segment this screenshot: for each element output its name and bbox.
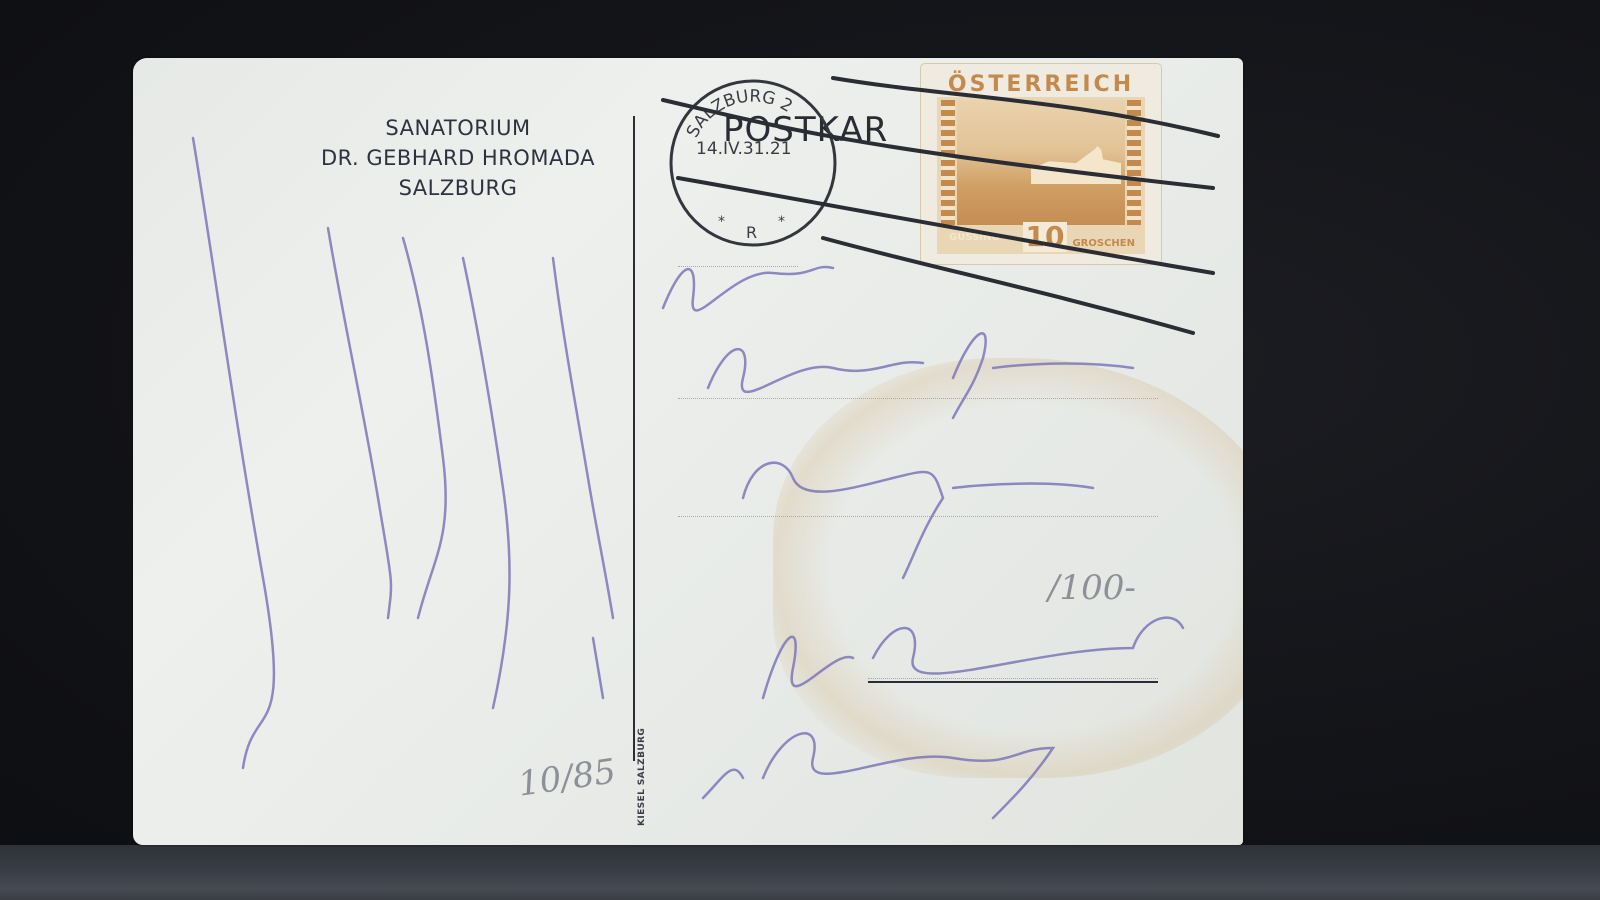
castle-icon <box>1031 146 1121 184</box>
postage-stamp: ÖSTERREICH GÜSSING 10 GROSCHEN <box>921 64 1161 264</box>
stamp-castle-image <box>957 100 1125 225</box>
stamp-value: 10 <box>1023 222 1067 252</box>
sender-header: SANATORIUM DR. GEBHARD HROMADA SALZBURG <box>308 113 608 203</box>
underline-rule <box>868 681 1158 683</box>
address-line <box>678 266 798 267</box>
postmark-code: R <box>746 223 757 242</box>
stamp-place: GÜSSING <box>949 232 1000 243</box>
address-line <box>678 516 1158 517</box>
publisher-imprint: KIESEL SALZBURG <box>637 716 647 826</box>
header-line-2: DR. GEBHARD HROMADA <box>308 143 608 173</box>
stamp-border-ornament <box>941 100 955 225</box>
stamp-denomination: GROSCHEN <box>1072 238 1135 249</box>
address-line <box>868 678 1158 679</box>
stamp-country: ÖSTERREICH <box>937 72 1145 97</box>
stamp-border-ornament <box>1127 100 1141 225</box>
postkarte-label: POSTKAR <box>723 110 888 150</box>
pencil-price-note: /100- <box>1048 568 1136 608</box>
pencil-catalog-note: 10/85 <box>516 751 619 804</box>
water-stain <box>773 358 1243 778</box>
svg-text:*: * <box>778 214 785 230</box>
postmark-cancel: SALZBURG 2 14.IV.31.21 R * * <box>658 68 858 248</box>
center-divider-line <box>633 116 635 761</box>
postcard: SANATORIUM DR. GEBHARD HROMADA SALZBURG … <box>133 58 1243 845</box>
table-surface <box>0 845 1600 900</box>
header-line-1: SANATORIUM <box>308 113 608 143</box>
header-line-3: SALZBURG <box>308 173 608 203</box>
svg-text:*: * <box>718 214 725 230</box>
address-line <box>678 398 1158 399</box>
